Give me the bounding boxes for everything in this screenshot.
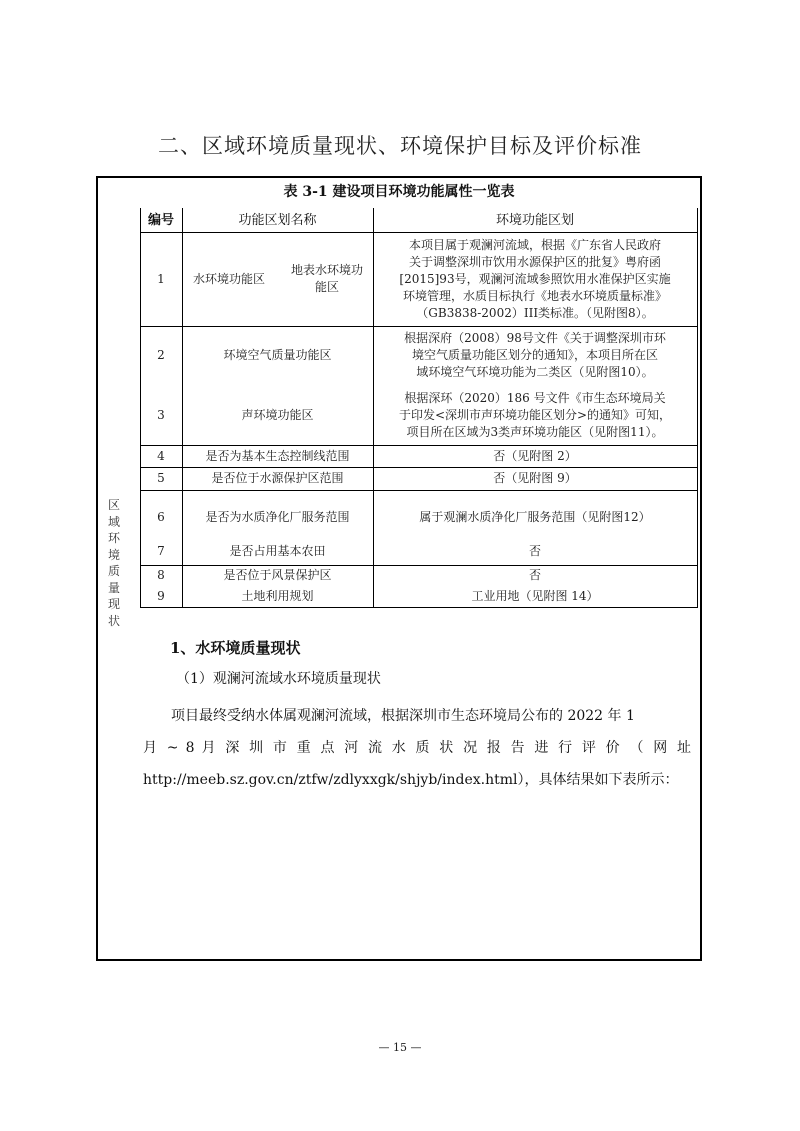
subheading-guanlan-river: （1）观澜河流域水环境质量现状: [176, 668, 381, 688]
function-zone-subname: 地表水环境功能区: [284, 232, 370, 326]
env-zoning-description: 工业用地（见附图 14）: [373, 586, 697, 607]
env-zoning-description: 否（见附图 2）: [373, 445, 697, 467]
function-zone-name: 水环境功能区: [186, 232, 272, 326]
env-zoning-description: 根据深环（2020）186 号文件《市生态环境局关 于印发<深圳市声环境功能区划…: [373, 386, 697, 444]
body-paragraph: 项目最终受纳水体属观澜河流域，根据深圳市生态环境局公布的 2022 年 1 月 …: [143, 700, 691, 796]
header-env-function-zoning: 环境功能区划: [373, 208, 697, 232]
paragraph-line: 月 ~ 8 月 深 圳 市 重 点 河 流 水 质 状 况 报 告 进 行 评 …: [143, 732, 691, 764]
function-zone-name: 是否为水质净化厂服务范围: [182, 500, 373, 534]
row-number: 5: [140, 467, 182, 490]
env-zoning-description: 否（见附图 9）: [373, 467, 697, 490]
side-label-char: 状: [104, 613, 124, 630]
side-label-regional-env-quality: 区 域 环 境 质 量 现 状: [104, 497, 124, 629]
function-zone-name: 是否占用基本农田: [182, 538, 373, 564]
page-number: — 15 —: [0, 1041, 800, 1054]
table-caption: 表 3-1 建设项目环境功能属性一览表: [96, 181, 702, 201]
description-line: 域环境空气环境功能为二类区（见附图10）。: [416, 364, 653, 381]
table-border-right: [697, 208, 698, 608]
description-line: 关于调整深圳市饮用水源保护区的批复》粤府函: [409, 254, 661, 271]
table-border-bottom: [140, 607, 698, 608]
function-zone-name: 土地利用规划: [182, 586, 373, 607]
env-zoning-description: 本项目属于观澜河流域，根据《广东省人民政府 关于调整深圳市饮用水源保护区的批复》…: [373, 232, 697, 326]
env-zoning-description: 否: [373, 538, 697, 564]
heading-water-env-quality: 1、水环境质量现状: [170, 637, 300, 658]
description-line: 境空气质量功能区划分的通知》，本项目所在区: [412, 347, 658, 364]
description-line: 环境管理，水质目标执行《地表水环境质量标准》: [403, 288, 667, 305]
description-line: [2015]93号，观澜河流域参照饮用水准保护区实施: [399, 271, 670, 288]
section-title: 二、区域环境质量现状、环境保护目标及评价标准: [0, 130, 800, 160]
function-zone-name: 是否位于水源保护区范围: [182, 467, 373, 490]
row-number: 2: [140, 326, 182, 384]
env-zoning-description: 根据深府（2008）98号文件《关于调整深圳市环 境空气质量功能区划分的通知》，…: [373, 326, 697, 384]
paragraph-line-url: http://meeb.sz.gov.cn/ztfw/zdlyxxgk/shjy…: [143, 764, 691, 796]
description-line: 于印发<深圳市声环境功能区划分>的通知》可知，: [399, 407, 671, 424]
row-divider: [140, 490, 698, 491]
row-number: 8: [140, 565, 182, 586]
row-number: 1: [140, 232, 182, 326]
description-line: 项目所在区域为3类声环境功能区（见附图11）。: [407, 424, 664, 441]
function-zone-name: 声环境功能区: [182, 386, 373, 444]
row-number: 9: [140, 586, 182, 607]
env-zoning-description: 否: [373, 565, 697, 586]
description-line: 根据深环（2020）186 号文件《市生态环境局关: [404, 390, 665, 407]
description-line: 根据深府（2008）98号文件《关于调整深圳市环: [404, 330, 666, 347]
row-number: 7: [140, 538, 182, 564]
side-label-char: 环: [104, 530, 124, 547]
side-label-char: 现: [104, 596, 124, 613]
function-zone-name: 是否位于风景保护区: [182, 565, 373, 586]
paragraph-line: 项目最终受纳水体属观澜河流域，根据深圳市生态环境局公布的 2022 年 1: [143, 700, 691, 732]
header-number: 编号: [140, 208, 182, 232]
row-number: 4: [140, 445, 182, 467]
env-zoning-description: 属于观澜水质净化厂服务范围（见附图12）: [373, 500, 697, 534]
row-number: 3: [140, 386, 182, 444]
function-zone-name: 是否为基本生态控制线范围: [182, 445, 373, 467]
side-label-char: 域: [104, 514, 124, 531]
description-line: 本项目属于观澜河流域，根据《广东省人民政府: [409, 237, 661, 254]
row-number: 6: [140, 500, 182, 534]
description-line: （GB3838-2002）III类标准。（见附图8）。: [416, 305, 653, 322]
side-label-char: 质: [104, 563, 124, 580]
side-label-char: 量: [104, 580, 124, 597]
header-function-zone-name: 功能区划名称: [182, 208, 373, 232]
function-zone-name: 环境空气质量功能区: [182, 326, 373, 384]
side-label-char: 区: [104, 497, 124, 514]
side-label-char: 境: [104, 547, 124, 564]
